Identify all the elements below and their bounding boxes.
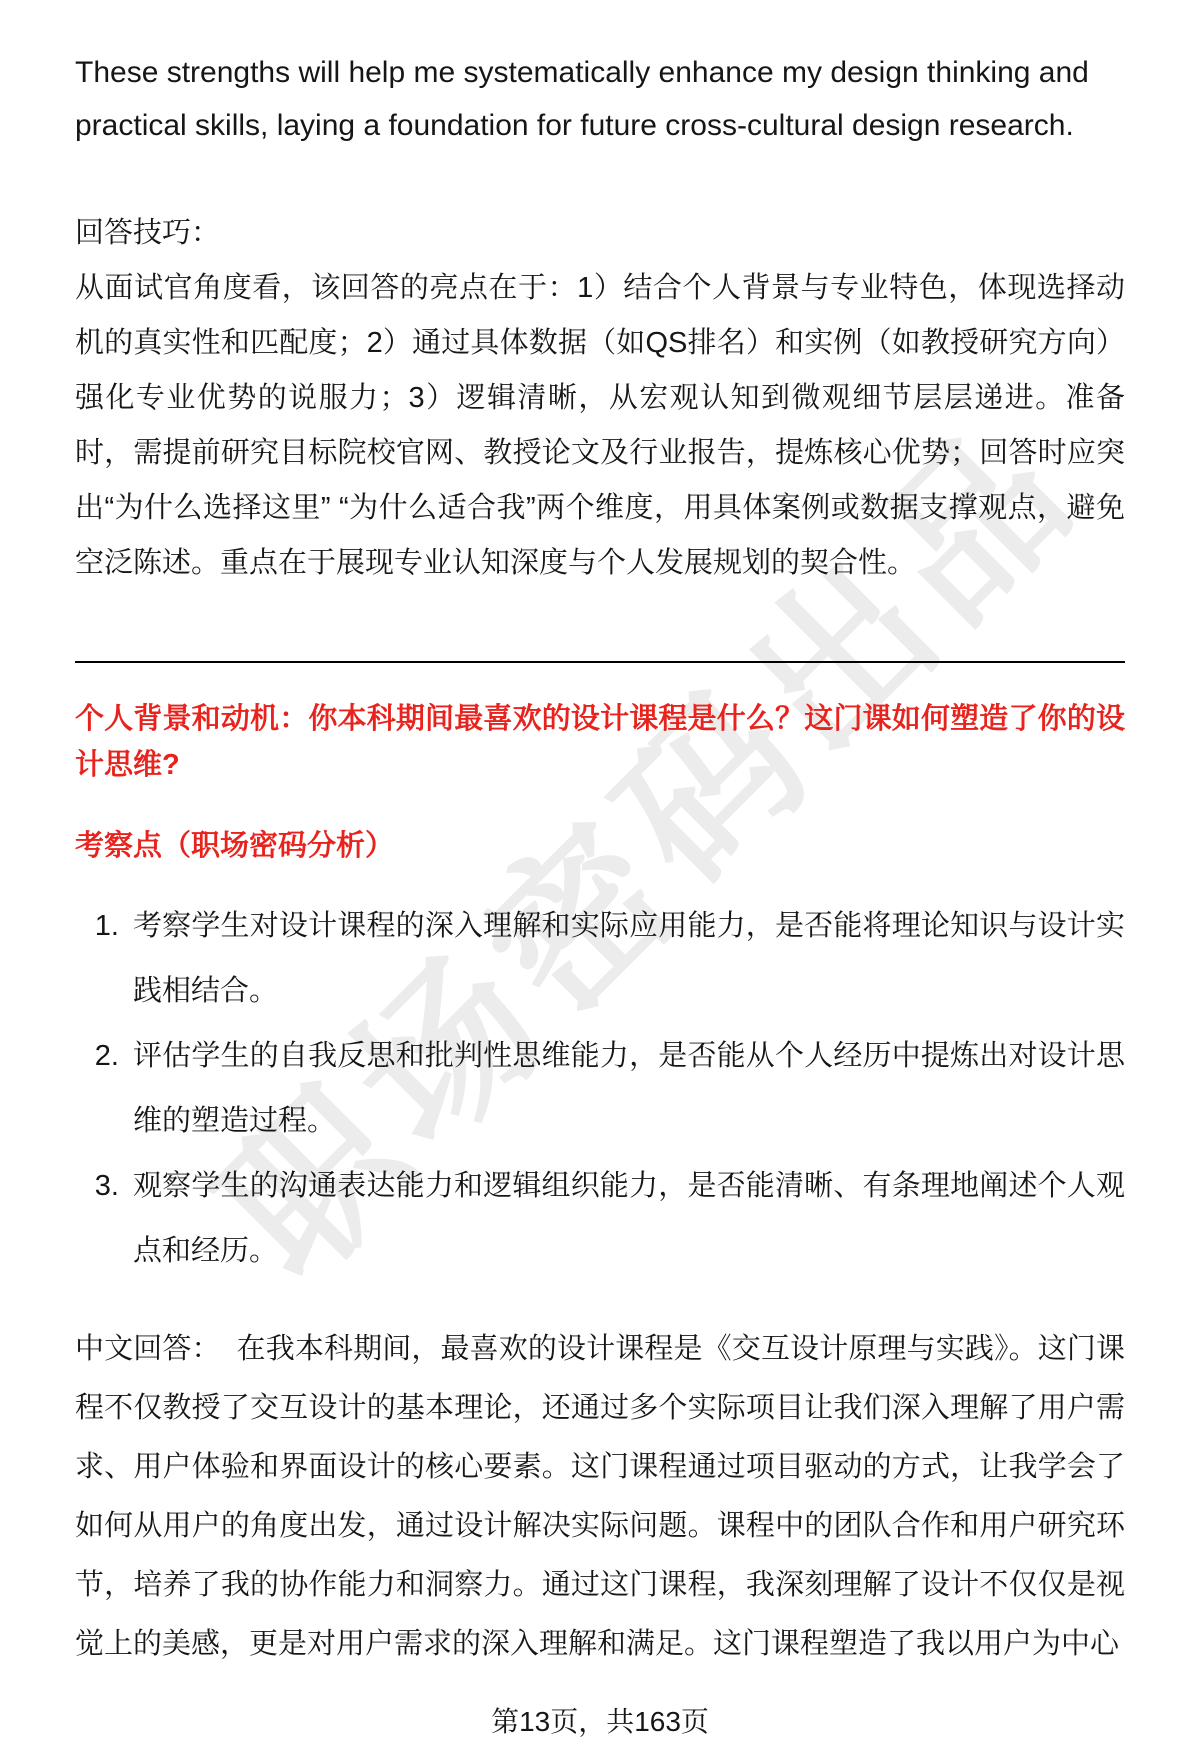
list-item: 观察学生的沟通表达能力和逻辑组织能力，是否能清晰、有条理地阐述个人观点和经历。 — [127, 1154, 1125, 1284]
page-content: These strengths will help me systematica… — [0, 0, 1200, 1674]
page-number-footer: 第13页，共163页 — [0, 1705, 1200, 1739]
answer-tips-label: 回答技巧： — [75, 206, 1125, 261]
analysis-points-list: 考察学生对设计课程的深入理解和实际应用能力，是否能将理论知识与设计实践相结合。 … — [75, 894, 1125, 1284]
question-heading: 个人背景和动机：你本科期间最喜欢的设计课程是什么？这门课如何塑造了你的设计思维? — [75, 696, 1125, 788]
list-item: 考察学生对设计课程的深入理解和实际应用能力，是否能将理论知识与设计实践相结合。 — [127, 894, 1125, 1024]
answer-tips-paragraph: 从面试官角度看，该回答的亮点在于：1）结合个人背景与专业特色，体现选择动机的真实… — [75, 261, 1125, 591]
list-item: 评估学生的自我反思和批判性思维能力，是否能从个人经历中提炼出对设计思维的塑造过程… — [127, 1024, 1125, 1154]
section-divider — [75, 661, 1125, 663]
document-page: { "page": { "watermark": "职场密码出品", "foot… — [0, 0, 1200, 1755]
chinese-answer-text: 在我本科期间，最喜欢的设计课程是《交互设计原理与实践》。这门课程不仅教授了交互设… — [75, 1333, 1125, 1660]
chinese-answer-label: 中文回答： — [75, 1333, 221, 1365]
analysis-points-heading: 考察点（职场密码分析） — [75, 826, 1125, 866]
intro-paragraph-english: These strengths will help me systematica… — [75, 46, 1125, 152]
chinese-answer-paragraph: 中文回答：在我本科期间，最喜欢的设计课程是《交互设计原理与实践》。这门课程不仅教… — [75, 1320, 1125, 1674]
